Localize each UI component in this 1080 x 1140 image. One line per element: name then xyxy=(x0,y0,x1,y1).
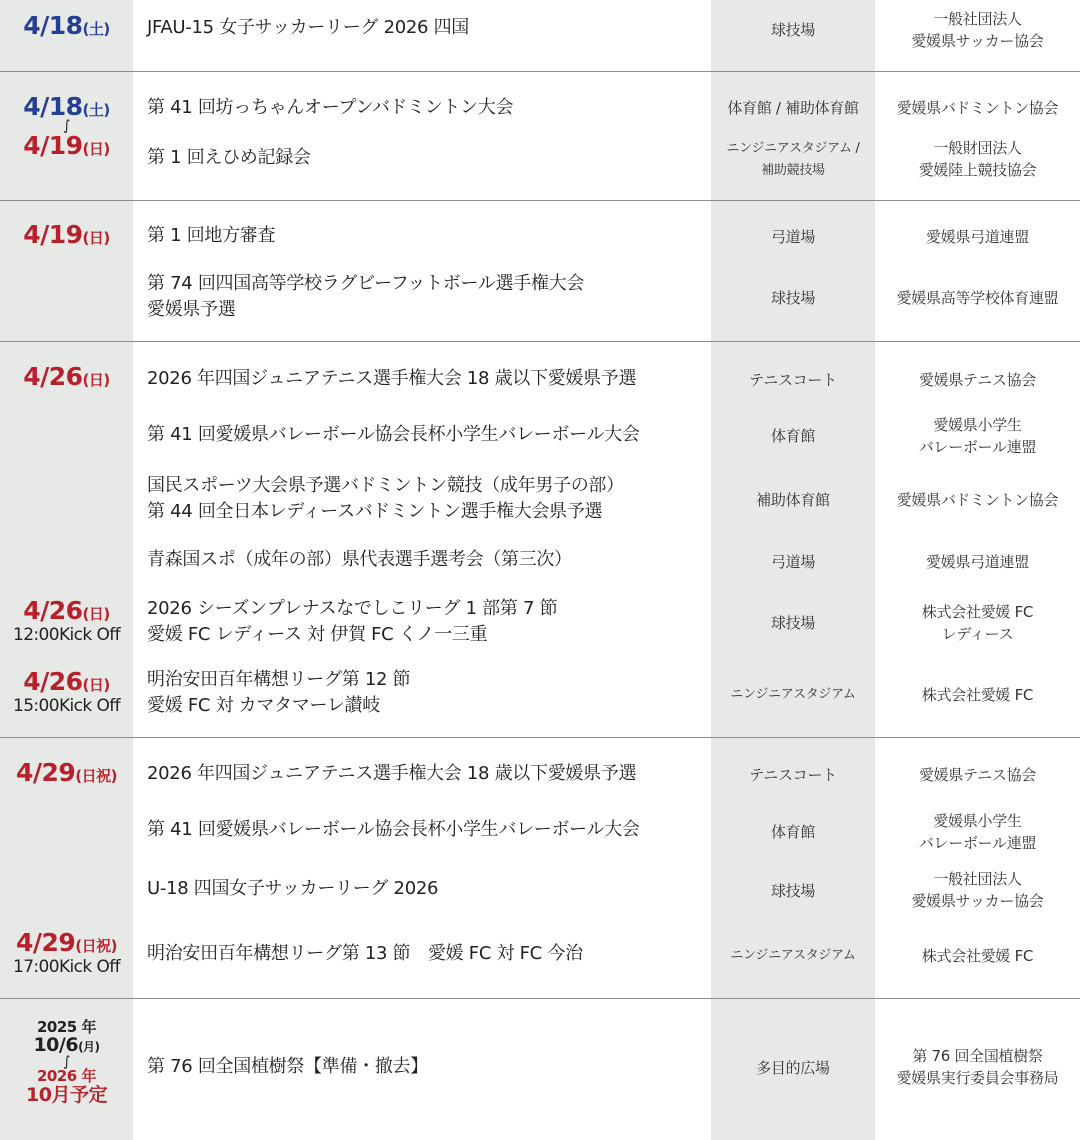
date-label: 4/18(土) xyxy=(0,13,133,38)
date-cell: 4/18(土) xyxy=(0,0,133,71)
venue-name: 球技場 xyxy=(711,612,875,634)
schedule-group: 4/29(日祝) 4/29(日祝) 17:00Kick Off 2026 年四国… xyxy=(0,738,1080,999)
organizer-name: 第 76 回全国植樹祭愛媛県実行委員会事務局 xyxy=(875,1045,1080,1089)
schedule-group: 4/18(土) ∫ 4/19(日) 第 41 回坊っちゃんオープンバドミントン大… xyxy=(0,72,1080,201)
event-schedule-table: 4/18(土) JFAU-15 女子サッカーリーグ 2026 四国 球技場 一般… xyxy=(0,0,1080,1140)
venue-name: テニスコート xyxy=(711,369,875,391)
organizer-name: 愛媛県弓道連盟 xyxy=(875,226,1080,248)
schedule-group: 4/26(日) 4/26(日) 12:00Kick Off 4/26(日) 15… xyxy=(0,342,1080,738)
event-title: 2026 年四国ジュニアテニス選手権大会 18 歳以下愛媛県予選 xyxy=(147,366,705,392)
organizer-name: 株式会社愛媛 FC xyxy=(875,945,1080,967)
venue-name: 球技場 xyxy=(711,19,875,41)
venue-name: 体育館 xyxy=(711,821,875,843)
organizer-name: 愛媛県高等学校体育連盟 xyxy=(875,287,1080,309)
organizer-cell: 愛媛県弓道連盟 愛媛県高等学校体育連盟 xyxy=(875,201,1080,341)
venue-cell: 体育館 / 補助体育館 ニンジニアスタジアム /補助競技場 xyxy=(711,72,875,200)
kickoff-time: 17:00Kick Off xyxy=(0,959,133,976)
venue-name: 体育館 / 補助体育館 xyxy=(711,97,875,119)
date-label-kickoff: 4/29(日祝) 17:00Kick Off xyxy=(0,930,133,976)
event-cell: 第 41 回坊っちゃんオープンバドミントン大会 第 1 回えひめ記録会 xyxy=(133,72,711,200)
organizer-cell: 第 76 回全国植樹祭愛媛県実行委員会事務局 xyxy=(875,999,1080,1140)
venue-name: 弓道場 xyxy=(711,226,875,248)
event-title: JFAU-15 女子サッカーリーグ 2026 四国 xyxy=(147,15,705,41)
event-title: 2026 年四国ジュニアテニス選手権大会 18 歳以下愛媛県予選 xyxy=(147,761,705,787)
date-label: 4/29(日祝) xyxy=(0,760,133,785)
venue-cell: 球技場 xyxy=(711,0,875,71)
date-cell: 4/29(日祝) 4/29(日祝) 17:00Kick Off xyxy=(0,738,133,998)
organizer-cell: 一般社団法人愛媛県サッカー協会 xyxy=(875,0,1080,71)
venue-name: 球技場 xyxy=(711,880,875,902)
event-title: 第 1 回えひめ記録会 xyxy=(147,145,705,171)
date-cell: 2025 年 10/6(月) ∫ 2026 年 10月予定 xyxy=(0,999,133,1140)
event-title: 第 41 回坊っちゃんオープンバドミントン大会 xyxy=(147,95,705,121)
organizer-name: 一般社団法人愛媛県サッカー協会 xyxy=(875,8,1080,52)
venue-name: 球技場 xyxy=(711,287,875,309)
kickoff-time: 12:00Kick Off xyxy=(0,627,133,644)
organizer-name: 愛媛県バドミントン協会 xyxy=(875,97,1080,119)
venue-name: ニンジニアスタジアム xyxy=(711,684,875,706)
date-cell: 4/26(日) 4/26(日) 12:00Kick Off 4/26(日) 15… xyxy=(0,342,133,737)
organizer-name: 愛媛県小学生バレーボール連盟 xyxy=(875,810,1080,854)
organizer-name: 愛媛県弓道連盟 xyxy=(875,551,1080,573)
organizer-name: 愛媛県テニス協会 xyxy=(875,764,1080,786)
event-title: 明治安田百年構想リーグ第 13 節 愛媛 FC 対 FC 今治 xyxy=(147,941,705,967)
venue-name: 弓道場 xyxy=(711,551,875,573)
venue-cell: 弓道場 球技場 xyxy=(711,201,875,341)
venue-name: テニスコート xyxy=(711,764,875,786)
event-title: 第 74 回四国高等学校ラグビーフットボール選手権大会愛媛県予選 xyxy=(147,271,705,323)
event-title: 2026 シーズンプレナスなでしこリーグ 1 部第 7 節愛媛 FC レディース… xyxy=(147,596,705,648)
venue-name: 体育館 xyxy=(711,425,875,447)
organizer-name: 愛媛県バドミントン協会 xyxy=(875,489,1080,511)
organizer-name: 愛媛県小学生バレーボール連盟 xyxy=(875,414,1080,458)
organizer-name: 一般財団法人愛媛陸上競技協会 xyxy=(875,137,1080,181)
event-cell: 第 1 回地方審査 第 74 回四国高等学校ラグビーフットボール選手権大会愛媛県… xyxy=(133,201,711,341)
date-label: 4/26(日) xyxy=(0,364,133,389)
event-title: 国民スポーツ大会県予選バドミントン競技（成年男子の部）第 44 回全日本レディー… xyxy=(147,473,705,525)
event-cell: JFAU-15 女子サッカーリーグ 2026 四国 xyxy=(133,0,711,71)
date-label-kickoff: 4/26(日) 12:00Kick Off xyxy=(0,598,133,644)
date-label-kickoff: 4/26(日) 15:00Kick Off xyxy=(0,669,133,715)
event-title: 明治安田百年構想リーグ第 12 節愛媛 FC 対 カマタマーレ讃岐 xyxy=(147,667,705,719)
venue-name: ニンジニアスタジアム xyxy=(711,945,875,967)
organizer-cell: 愛媛県テニス協会 愛媛県小学生バレーボール連盟 愛媛県バドミントン協会 愛媛県弓… xyxy=(875,342,1080,737)
venue-cell: テニスコート 体育館 球技場 ニンジニアスタジアム xyxy=(711,738,875,998)
date-cell: 4/18(土) ∫ 4/19(日) xyxy=(0,72,133,200)
schedule-group: 4/19(日) 第 1 回地方審査 第 74 回四国高等学校ラグビーフットボール… xyxy=(0,201,1080,342)
event-title: U-18 四国女子サッカーリーグ 2026 xyxy=(147,876,705,902)
schedule-group: 2025 年 10/6(月) ∫ 2026 年 10月予定 第 76 回全国植樹… xyxy=(0,999,1080,1140)
event-cell: 第 76 回全国植樹祭【準備・撤去】 xyxy=(133,999,711,1140)
venue-cell: 多目的広場 xyxy=(711,999,875,1140)
event-cell: 2026 年四国ジュニアテニス選手権大会 18 歳以下愛媛県予選 第 41 回愛… xyxy=(133,738,711,998)
organizer-name: 株式会社愛媛 FCレディース xyxy=(875,601,1080,645)
organizer-cell: 愛媛県バドミントン協会 一般財団法人愛媛陸上競技協会 xyxy=(875,72,1080,200)
organizer-name: 愛媛県テニス協会 xyxy=(875,369,1080,391)
date-range-label: 2025 年 10/6(月) ∫ 2026 年 10月予定 xyxy=(0,1020,133,1105)
venue-name: 多目的広場 xyxy=(711,1057,875,1079)
date-label: 4/19(日) xyxy=(0,222,133,247)
venue-name: 補助体育館 xyxy=(711,489,875,511)
event-title: 第 41 回愛媛県バレーボール協会長杯小学生バレーボール大会 xyxy=(147,422,705,448)
date-cell: 4/19(日) xyxy=(0,201,133,341)
event-title: 第 1 回地方審査 xyxy=(147,223,705,249)
venue-cell: テニスコート 体育館 補助体育館 弓道場 球技場 ニンジニアスタジアム xyxy=(711,342,875,737)
organizer-name: 株式会社愛媛 FC xyxy=(875,684,1080,706)
organizer-name: 一般社団法人愛媛県サッカー協会 xyxy=(875,868,1080,912)
event-title: 青森国スポ（成年の部）県代表選手選考会（第三次） xyxy=(147,547,705,573)
venue-name: ニンジニアスタジアム /補助競技場 xyxy=(711,138,875,182)
schedule-group: 4/18(土) JFAU-15 女子サッカーリーグ 2026 四国 球技場 一般… xyxy=(0,0,1080,72)
kickoff-time: 15:00Kick Off xyxy=(0,698,133,715)
organizer-cell: 愛媛県テニス協会 愛媛県小学生バレーボール連盟 一般社団法人愛媛県サッカー協会 … xyxy=(875,738,1080,998)
event-title: 第 41 回愛媛県バレーボール協会長杯小学生バレーボール大会 xyxy=(147,817,705,843)
event-cell: 2026 年四国ジュニアテニス選手権大会 18 歳以下愛媛県予選 第 41 回愛… xyxy=(133,342,711,737)
date-range-label: 4/18(土) ∫ 4/19(日) xyxy=(0,94,133,158)
event-title: 第 76 回全国植樹祭【準備・撤去】 xyxy=(147,1054,705,1080)
